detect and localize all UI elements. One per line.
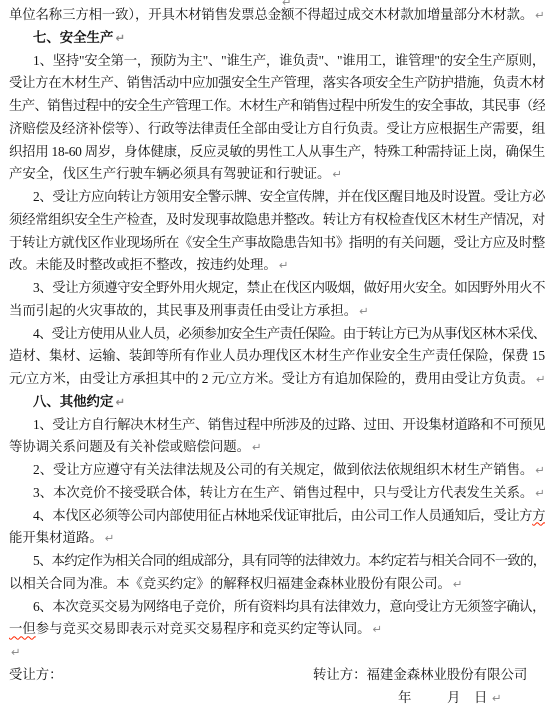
text-line: 当而引起的火灾事故的，其民事及刑事责任由受让方承担。↵ (9, 300, 545, 323)
text-run: 参与竞买交易即表示对竞买交易程序和竞买约定等认同。 (36, 621, 371, 636)
text-line: 2、受让方应遵守有关法律法规及公司的有关规定，做到依法依规组织木材生产销售。↵ (9, 459, 545, 482)
signature-row: 受让方： 转让方：福建金森林业股份有限公司 (9, 664, 545, 687)
text-line: 于转让方就伐区作业现场所在《安全生产事故隐患告知书》指明的有关问题，受让方应及时… (9, 232, 545, 255)
text-run: 3、本次竞价不接受联合体，转让方在生产、销售过程中，只与受让方代表发生关系。 (33, 485, 533, 500)
text-run: 造材、集材、运输、装卸等所有作业人员办理伐区木材生产作业安全生产责任保险，保费 … (9, 348, 545, 363)
document-body: 单位名称三方相一致），开具木材销售发票总金额不得超过成交木材款加增量部分木材款。… (9, 4, 545, 709)
paragraph-mark-icon: ↵ (536, 372, 545, 386)
date-row: 年 月 日 ↵ (9, 687, 545, 710)
text-run: 6、本次竞买交易为网络电子竞价，所有资料均具有法律效力，意向受让方无须签字确认， (33, 599, 545, 614)
text-run: 须经常组织安全生产检查，及时发现事故隐患并整改。转让方有权检查伐区木材生产情况，… (9, 212, 545, 227)
text-line: 等协调关系问题及有关补偿或赔偿问题。↵ (9, 436, 545, 459)
text-line: 4、受让方使用从业人员，必须参加安全生产责任保险。由于转让方已为从事伐区林木采伐… (9, 323, 545, 346)
text-line: 改。未能及时整改或拒不整改，按违约处理。↵ (9, 254, 545, 277)
date-day-label: 日 (474, 687, 487, 710)
text-run: 受让方在木材生产、销售活动中应加强安全生产管理，落实各项安全生产防护措施，负责木… (9, 75, 545, 90)
text-line: 须经常组织安全生产检查，及时发现事故隐患并整改。转让方有权检查伐区木材生产情况，… (9, 209, 545, 232)
paragraph-mark-icon: ↵ (359, 304, 369, 318)
text-run: 当而引起的火灾事故的，其民事及刑事责任由受让方承担。 (9, 303, 357, 318)
text-run: 改。未能及时整改或拒不整改，按违约处理。 (9, 257, 277, 272)
date-month-label: 月 (447, 687, 460, 710)
transferor-label: 转让方：福建金森林业股份有限公司 (313, 664, 527, 687)
text-run: 4、本伐区必须等公司内部使用征占林地采伐证审批后，由公司工作人员通知后，受让方 (33, 508, 532, 523)
text-line: 2、受让方应向转让方领用安全警示牌、安全宣传牌，并在伐区醒目地及时设置。受让方必 (9, 186, 545, 209)
text-run: 以相关合同为准。本《竞买约定》的解释权归福建金森林业股份有限公司。 (9, 576, 451, 591)
text-run: 生产、销售过程中的安全生产管理工作。木材生产和销售过程中所发生的安全事故，其民事… (9, 98, 545, 113)
paragraph-mark-icon: ↵ (535, 486, 545, 500)
text-line: 1、坚持"安全第一，预防为主"、"谁生产，谁负责"、"谁用工，谁管理"的安全生产… (9, 50, 545, 73)
paragraph-mark-icon: ↵ (115, 31, 125, 45)
text-run: 单位名称三方相一致），开具木材销售发票总金额不得超过成交木材款加增量部分木材款。 (9, 7, 533, 22)
text-line: 生产、销售过程中的安全生产管理工作。木材生产和销售过程中所发生的安全事故，其民事… (9, 95, 545, 118)
paragraph-mark-icon: ↵ (535, 463, 545, 477)
text-line: 受让方在木材生产、销售活动中应加强安全生产管理，落实各项安全生产防护措施，负责木… (9, 72, 545, 95)
text-line: 产安全，伐区生产行驶车辆必须具有驾驶证和行驶证。↵ (9, 163, 545, 186)
date-year-label: 年 (398, 687, 411, 710)
text-line: 八、其他约定↵ (9, 391, 545, 414)
text-run: 4、受让方使用从业人员，必须参加安全生产责任保险。由于转让方已为从事伐区林木采伐… (33, 326, 545, 341)
text-line: 3、受让方须遵守安全野外用火规定，禁止在伐区内吸烟，做好用火安全。如因野外用火不 (9, 277, 545, 300)
text-run: 能开集材道路。 (9, 530, 103, 545)
paragraph-mark-icon: ↵ (332, 167, 342, 181)
text-line: 5、本约定作为相关合同的组成部分，具有同等的法律效力。本约定若与相关合同不一致的… (9, 550, 545, 573)
text-run: 2、受让方应向转让方领用安全警示牌、安全宣传牌，并在伐区醒目地及时设置。受让方必 (33, 189, 545, 204)
text-line: 4、本伐区必须等公司内部使用征占林地采伐证审批后，由公司工作人员通知后，受让方方 (9, 505, 545, 528)
paragraph-mark-icon: ↵ (373, 622, 383, 636)
paragraph-mark-icon: ↵ (535, 8, 545, 22)
text-run: 3、受让方须遵守安全野外用火规定，禁止在伐区内吸烟，做好用火安全。如因野外用火不 (33, 280, 545, 295)
word-document-page: ↵ 单位名称三方相一致），开具木材销售发票总金额不得超过成交木材款加增量部分木材… (0, 0, 553, 717)
paragraph-mark-icon: ↵ (279, 258, 289, 272)
text-line: 以相关合同为准。本《竞买约定》的解释权归福建金森林业股份有限公司。↵ (9, 573, 545, 596)
spellcheck-squiggle-text: 方 (532, 508, 545, 523)
text-line: 七、安全生产↵ (9, 27, 545, 50)
text-line: ↵ (9, 641, 545, 664)
text-run: 七、安全生产 (33, 30, 113, 45)
text-line: 能开集材道路。↵ (9, 527, 545, 550)
text-run: 济赔偿及经济补偿等）、行政等法律责任全部由受让方自行负责。受让方应根据生产需要，… (9, 121, 545, 136)
text-run: 产安全，伐区生产行驶车辆必须具有驾驶证和行驶证。 (9, 166, 330, 181)
paragraph-mark-icon: ↵ (252, 440, 262, 454)
text-run: 于转让方就伐区作业现场所在《安全生产事故隐患告知书》指明的有关问题，受让方应及时… (9, 235, 545, 250)
text-run: 5、本约定作为相关合同的组成部分，具有同等的法律效力。本约定若与相关合同不一致的… (33, 553, 545, 568)
text-run: 1、坚持"安全第一，预防为主"、"谁生产，谁负责"、"谁用工，谁管理"的安全生产… (33, 53, 545, 68)
paragraph-mark-icon: ↵ (492, 687, 502, 710)
text-run: 等协调关系问题及有关补偿或赔偿问题。 (9, 439, 250, 454)
text-run: 1、受让方自行解决木材生产、销售过程中所涉及的过路、过田、开设集材道路和不可预见 (33, 417, 545, 432)
transferee-label: 受让方： (9, 664, 63, 687)
text-run: 元/立方米，由受让方承担其中的 2 元/立方米。受让方有追加保险的，费用由受让方… (9, 371, 534, 386)
text-line: 造材、集材、运输、装卸等所有作业人员办理伐区木材生产作业安全生产责任保险，保费 … (9, 345, 545, 368)
paragraph-mark-icon: ↵ (11, 645, 21, 659)
text-line: 一但参与竞买交易即表示对竞买交易程序和竞买约定等认同。↵ (9, 618, 545, 641)
spellcheck-squiggle-text: 一但 (9, 621, 36, 636)
text-run: 2、受让方应遵守有关法律法规及公司的有关规定，做到依法依规组织木材生产销售。 (33, 462, 533, 477)
text-line: 1、受让方自行解决木材生产、销售过程中所涉及的过路、过田、开设集材道路和不可预见 (9, 414, 545, 437)
text-line: 济赔偿及经济补偿等）、行政等法律责任全部由受让方自行负责。受让方应根据生产需要，… (9, 118, 545, 141)
paragraph-mark-icon: ↵ (105, 531, 115, 545)
document-lines: 单位名称三方相一致），开具木材销售发票总金额不得超过成交木材款加增量部分木材款。… (9, 4, 545, 664)
text-line: 织招用 18-60 周岁，身体健康，反应灵敏的男性工人从事生产，特殊工种需持证上… (9, 141, 545, 164)
text-line: 元/立方米，由受让方承担其中的 2 元/立方米。受让方有追加保险的，费用由受让方… (9, 368, 545, 391)
text-line: 6、本次竞买交易为网络电子竞价，所有资料均具有法律效力，意向受让方无须签字确认， (9, 596, 545, 619)
text-line: 3、本次竞价不接受联合体，转让方在生产、销售过程中，只与受让方代表发生关系。↵ (9, 482, 545, 505)
text-run: 八、其他约定 (33, 394, 113, 409)
paragraph-mark-icon: ↵ (453, 577, 463, 591)
paragraph-mark-icon: ↵ (115, 395, 125, 409)
text-run: 织招用 18-60 周岁，身体健康，反应灵敏的男性工人从事生产，特殊工种需持证上… (9, 144, 545, 159)
text-line: 单位名称三方相一致），开具木材销售发票总金额不得超过成交木材款加增量部分木材款。… (9, 4, 545, 27)
